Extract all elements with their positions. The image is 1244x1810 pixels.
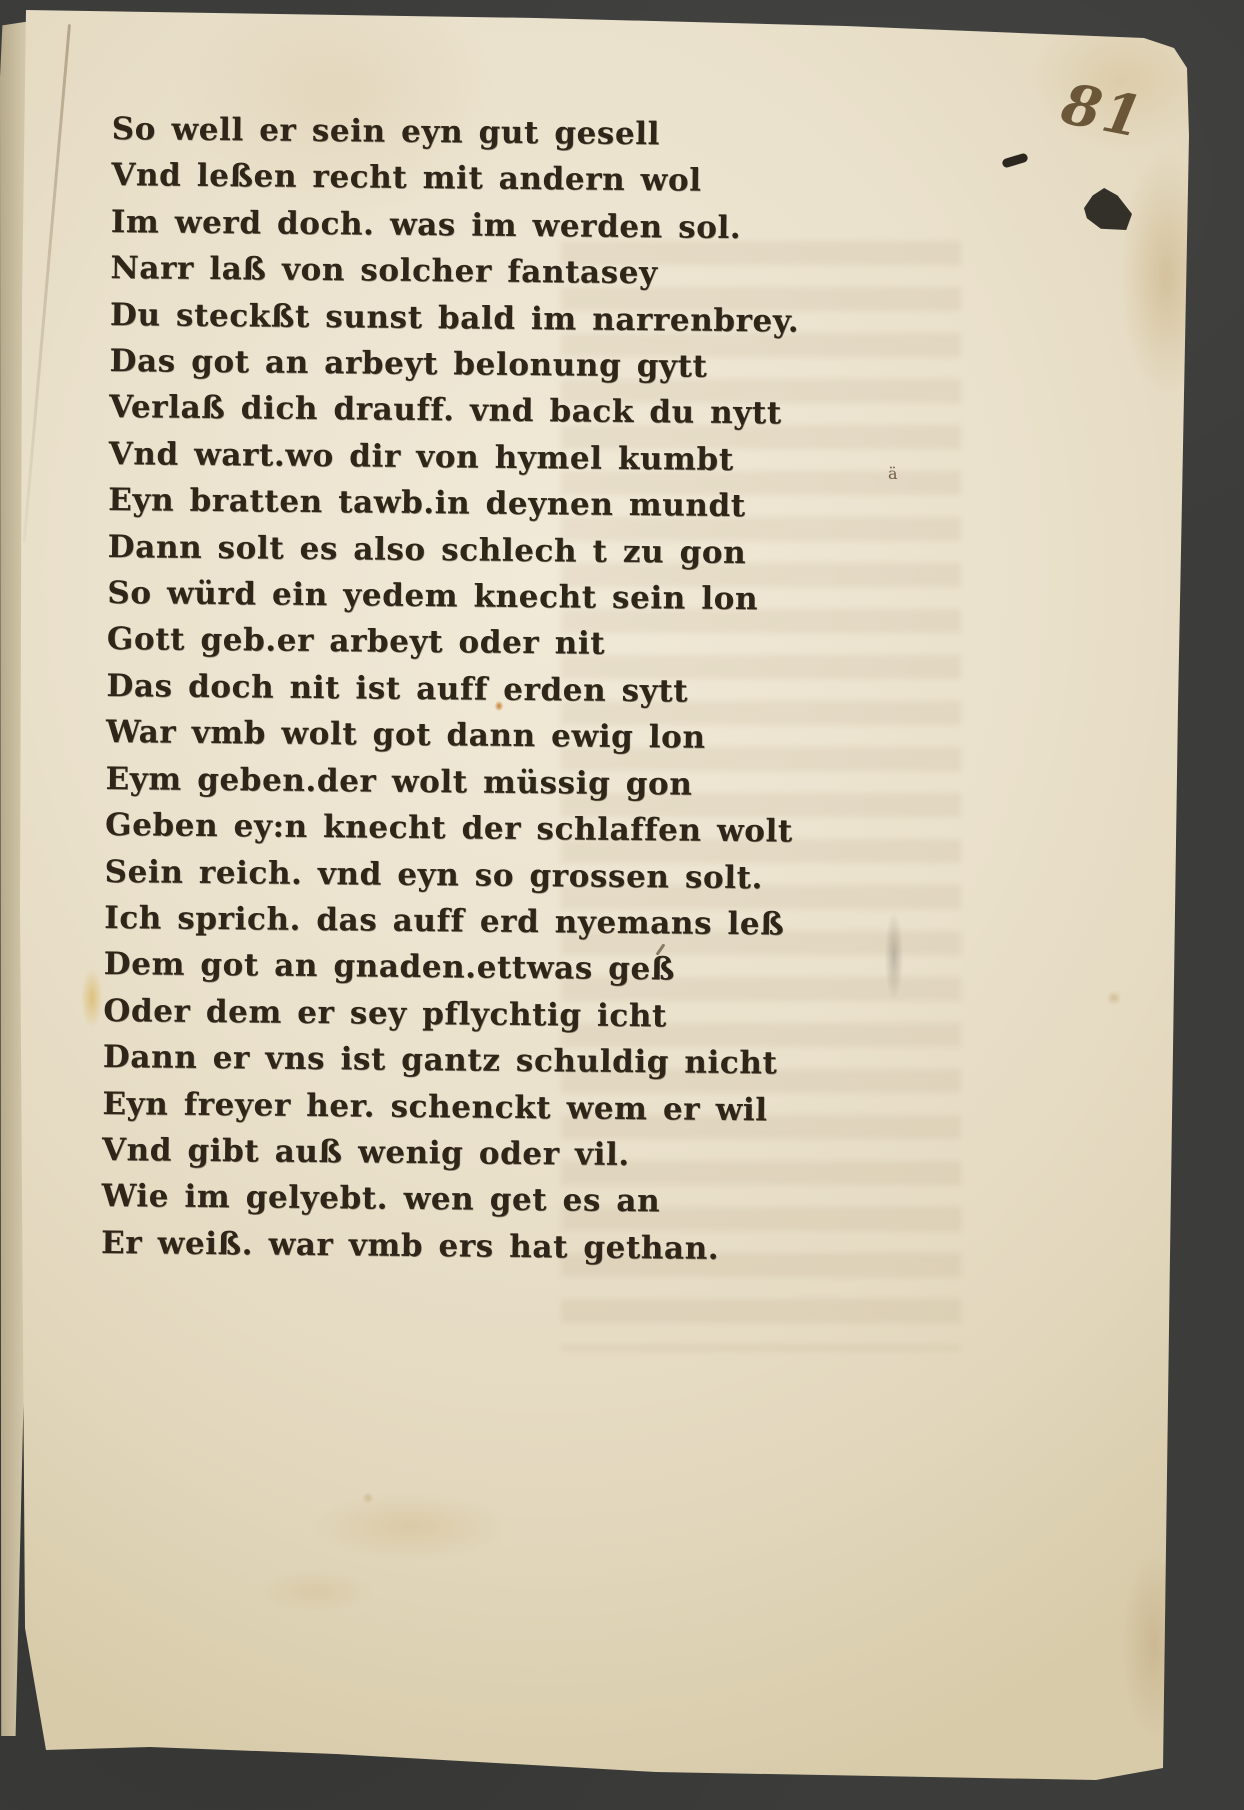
- handwritten-page-number: 81: [1056, 71, 1149, 151]
- text-line: So würd ein yedem knecht sein lon: [107, 570, 797, 623]
- text-line: Dann er vns ist gantz schuldig nicht: [103, 1034, 793, 1087]
- text-line: Vnd gibt auß wenig oder vil.: [102, 1127, 792, 1180]
- ink-blob-mark: [1084, 188, 1132, 230]
- text-line: Dem got an gnaden.ettwas geß: [104, 941, 794, 994]
- text-line: Oder dem er sey pflychtig icht: [103, 988, 793, 1041]
- text-line: Vnd wart.wo dir von hymel kumbt: [108, 431, 798, 484]
- text-line: Narr laß von solcher fantasey: [110, 245, 800, 298]
- book-page: 81 ä So well er sein eyn gut gesellVnd l…: [16, 6, 1192, 1786]
- poem-text-block: So well er sein eyn gut gesellVnd leßen …: [101, 106, 801, 1273]
- text-line: War vmb wolt got dann ewig lon: [106, 709, 796, 762]
- text-line: Eyn freyer her. schenckt wem er wil: [102, 1080, 792, 1133]
- text-line: So well er sein eyn gut gesell: [112, 106, 802, 159]
- scan-backdrop: 81 ä So well er sein eyn gut gesellVnd l…: [0, 0, 1244, 1810]
- page-fold-crease: [23, 24, 71, 542]
- text-line: Das got an arbeyt belonung gytt: [109, 338, 799, 391]
- text-line: Gott geb.er arbeyt oder nit: [107, 616, 797, 669]
- text-line: Wie im gelyebt. wen get es an: [101, 1173, 791, 1226]
- text-line: Dann solt es also schlech t zu gon: [108, 524, 798, 577]
- text-line: Er weiß. war vmb ers hat gethan.: [101, 1220, 791, 1273]
- text-line: Sein reich. vnd eyn so grossen solt.: [104, 848, 794, 901]
- text-line: Vnd leßen recht mit andern wol: [111, 152, 801, 205]
- text-line: Verlaß dich drauff. vnd back du nytt: [109, 384, 799, 437]
- text-line: Das doch nit ist auff erden sytt: [106, 663, 796, 716]
- text-line: Eym geben.der wolt müssig gon: [105, 756, 795, 809]
- text-line: Eyn bratten tawb.in deynen mundt: [108, 477, 798, 530]
- text-line: Im werd doch. was im werden sol.: [111, 199, 801, 252]
- text-line: Du steckßt sunst bald im narrenbrey.: [110, 292, 800, 345]
- small-ink-mark: ä: [888, 464, 898, 483]
- text-line: Ich sprich. das auff erd nyemans leß: [104, 895, 794, 948]
- text-line: Geben ey:n knecht der schlaffen wolt: [105, 802, 795, 855]
- ink-dash-mark: [1001, 152, 1028, 168]
